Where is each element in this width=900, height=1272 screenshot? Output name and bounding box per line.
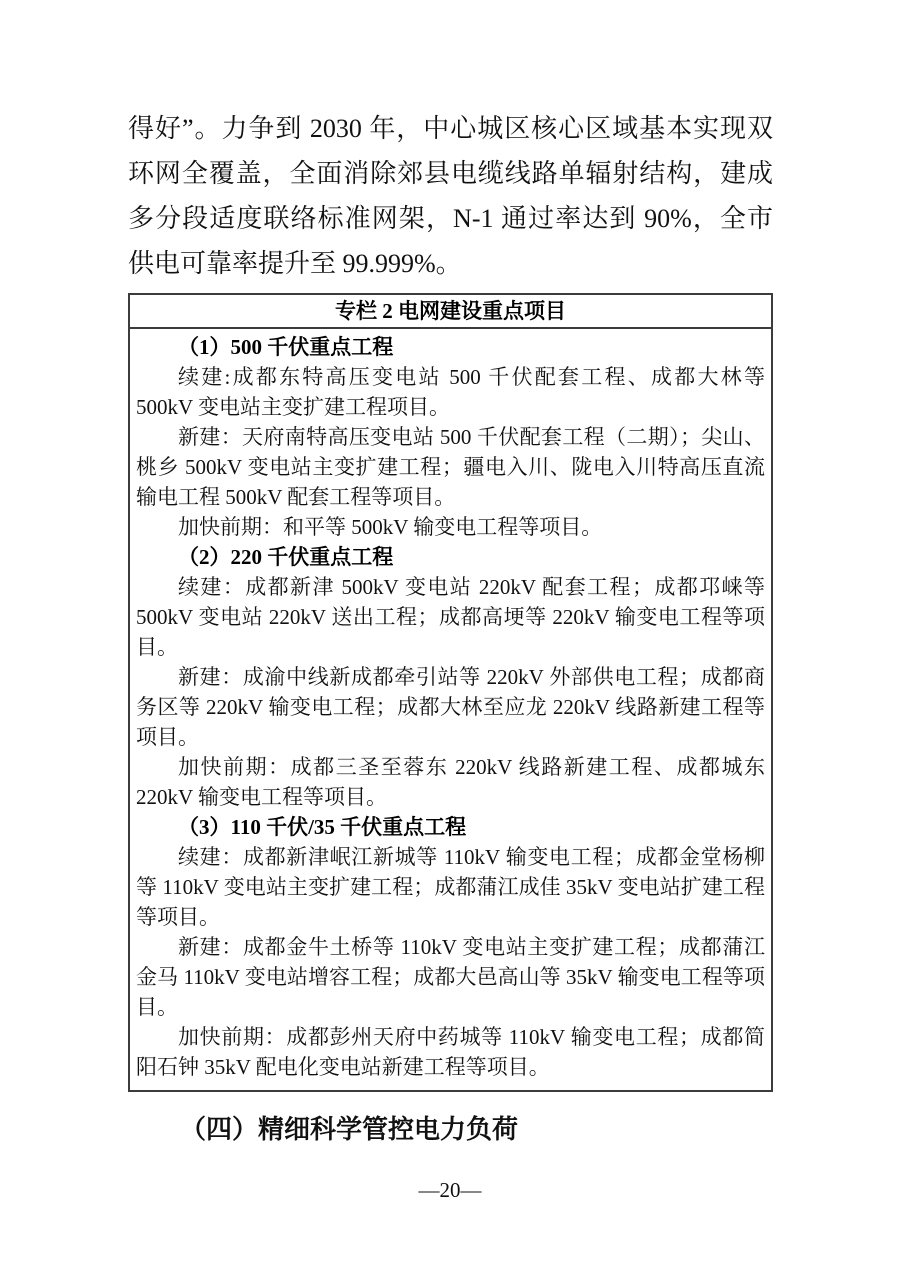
- box-section-3-heading: （3）110 千伏/35 千伏重点工程: [136, 812, 765, 842]
- box-section-1-paragraph-continue: 续建:成都东特高压变电站 500 千伏配套工程、成都大林等 500kV 变电站主…: [136, 362, 765, 422]
- box-section-3-paragraph-new: 新建：成都金牛土桥等 110kV 变电站主变扩建工程；成都蒲江金马 110kV …: [136, 932, 765, 1022]
- page-number: —20—: [0, 1178, 900, 1203]
- box-section-1-paragraph-early: 加快前期：和平等 500kV 输变电工程等项目。: [136, 512, 765, 542]
- box-section-2-paragraph-early: 加快前期：成都三圣至蓉东 220kV 线路新建工程、成都城东 220kV 输变电…: [136, 752, 765, 812]
- box-title: 专栏 2 电网建设重点项目: [130, 295, 771, 329]
- box-body: （1）500 千伏重点工程 续建:成都东特高压变电站 500 千伏配套工程、成都…: [130, 329, 771, 1090]
- box-section-3-paragraph-early: 加快前期：成都彭州天府中药城等 110kV 输变电工程；成都简阳石钟 35kV …: [136, 1022, 765, 1082]
- box-section-2-paragraph-new: 新建：成渝中线新成都牵引站等 220kV 外部供电工程；成都商务区等 220kV…: [136, 662, 765, 752]
- box-section-1-heading: （1）500 千伏重点工程: [136, 332, 765, 362]
- box-section-2-paragraph-continue: 续建：成都新津 500kV 变电站 220kV 配套工程；成都邛崃等 500kV…: [136, 572, 765, 662]
- section-heading-four: （四）精细科学管控电力负荷: [128, 1113, 773, 1147]
- intro-paragraph: 得好”。力争到 2030 年，中心城区核心区域基本实现双环网全覆盖，全面消除郊县…: [128, 106, 773, 286]
- page-content: 得好”。力争到 2030 年，中心城区核心区域基本实现双环网全覆盖，全面消除郊县…: [128, 0, 773, 1147]
- box-section-1-paragraph-new: 新建：天府南特高压变电站 500 千伏配套工程（二期）；尖山、桃乡 500kV …: [136, 422, 765, 512]
- box-section-2-heading: （2）220 千伏重点工程: [136, 542, 765, 572]
- document-page: { "page": { "intro_paragraph": "得好”。力争到 …: [0, 0, 900, 1272]
- box-section-3-paragraph-continue: 续建：成都新津岷江新城等 110kV 输变电工程；成都金堂杨柳等 110kV 变…: [136, 842, 765, 932]
- highlight-box: 专栏 2 电网建设重点项目 （1）500 千伏重点工程 续建:成都东特高压变电站…: [128, 293, 773, 1092]
